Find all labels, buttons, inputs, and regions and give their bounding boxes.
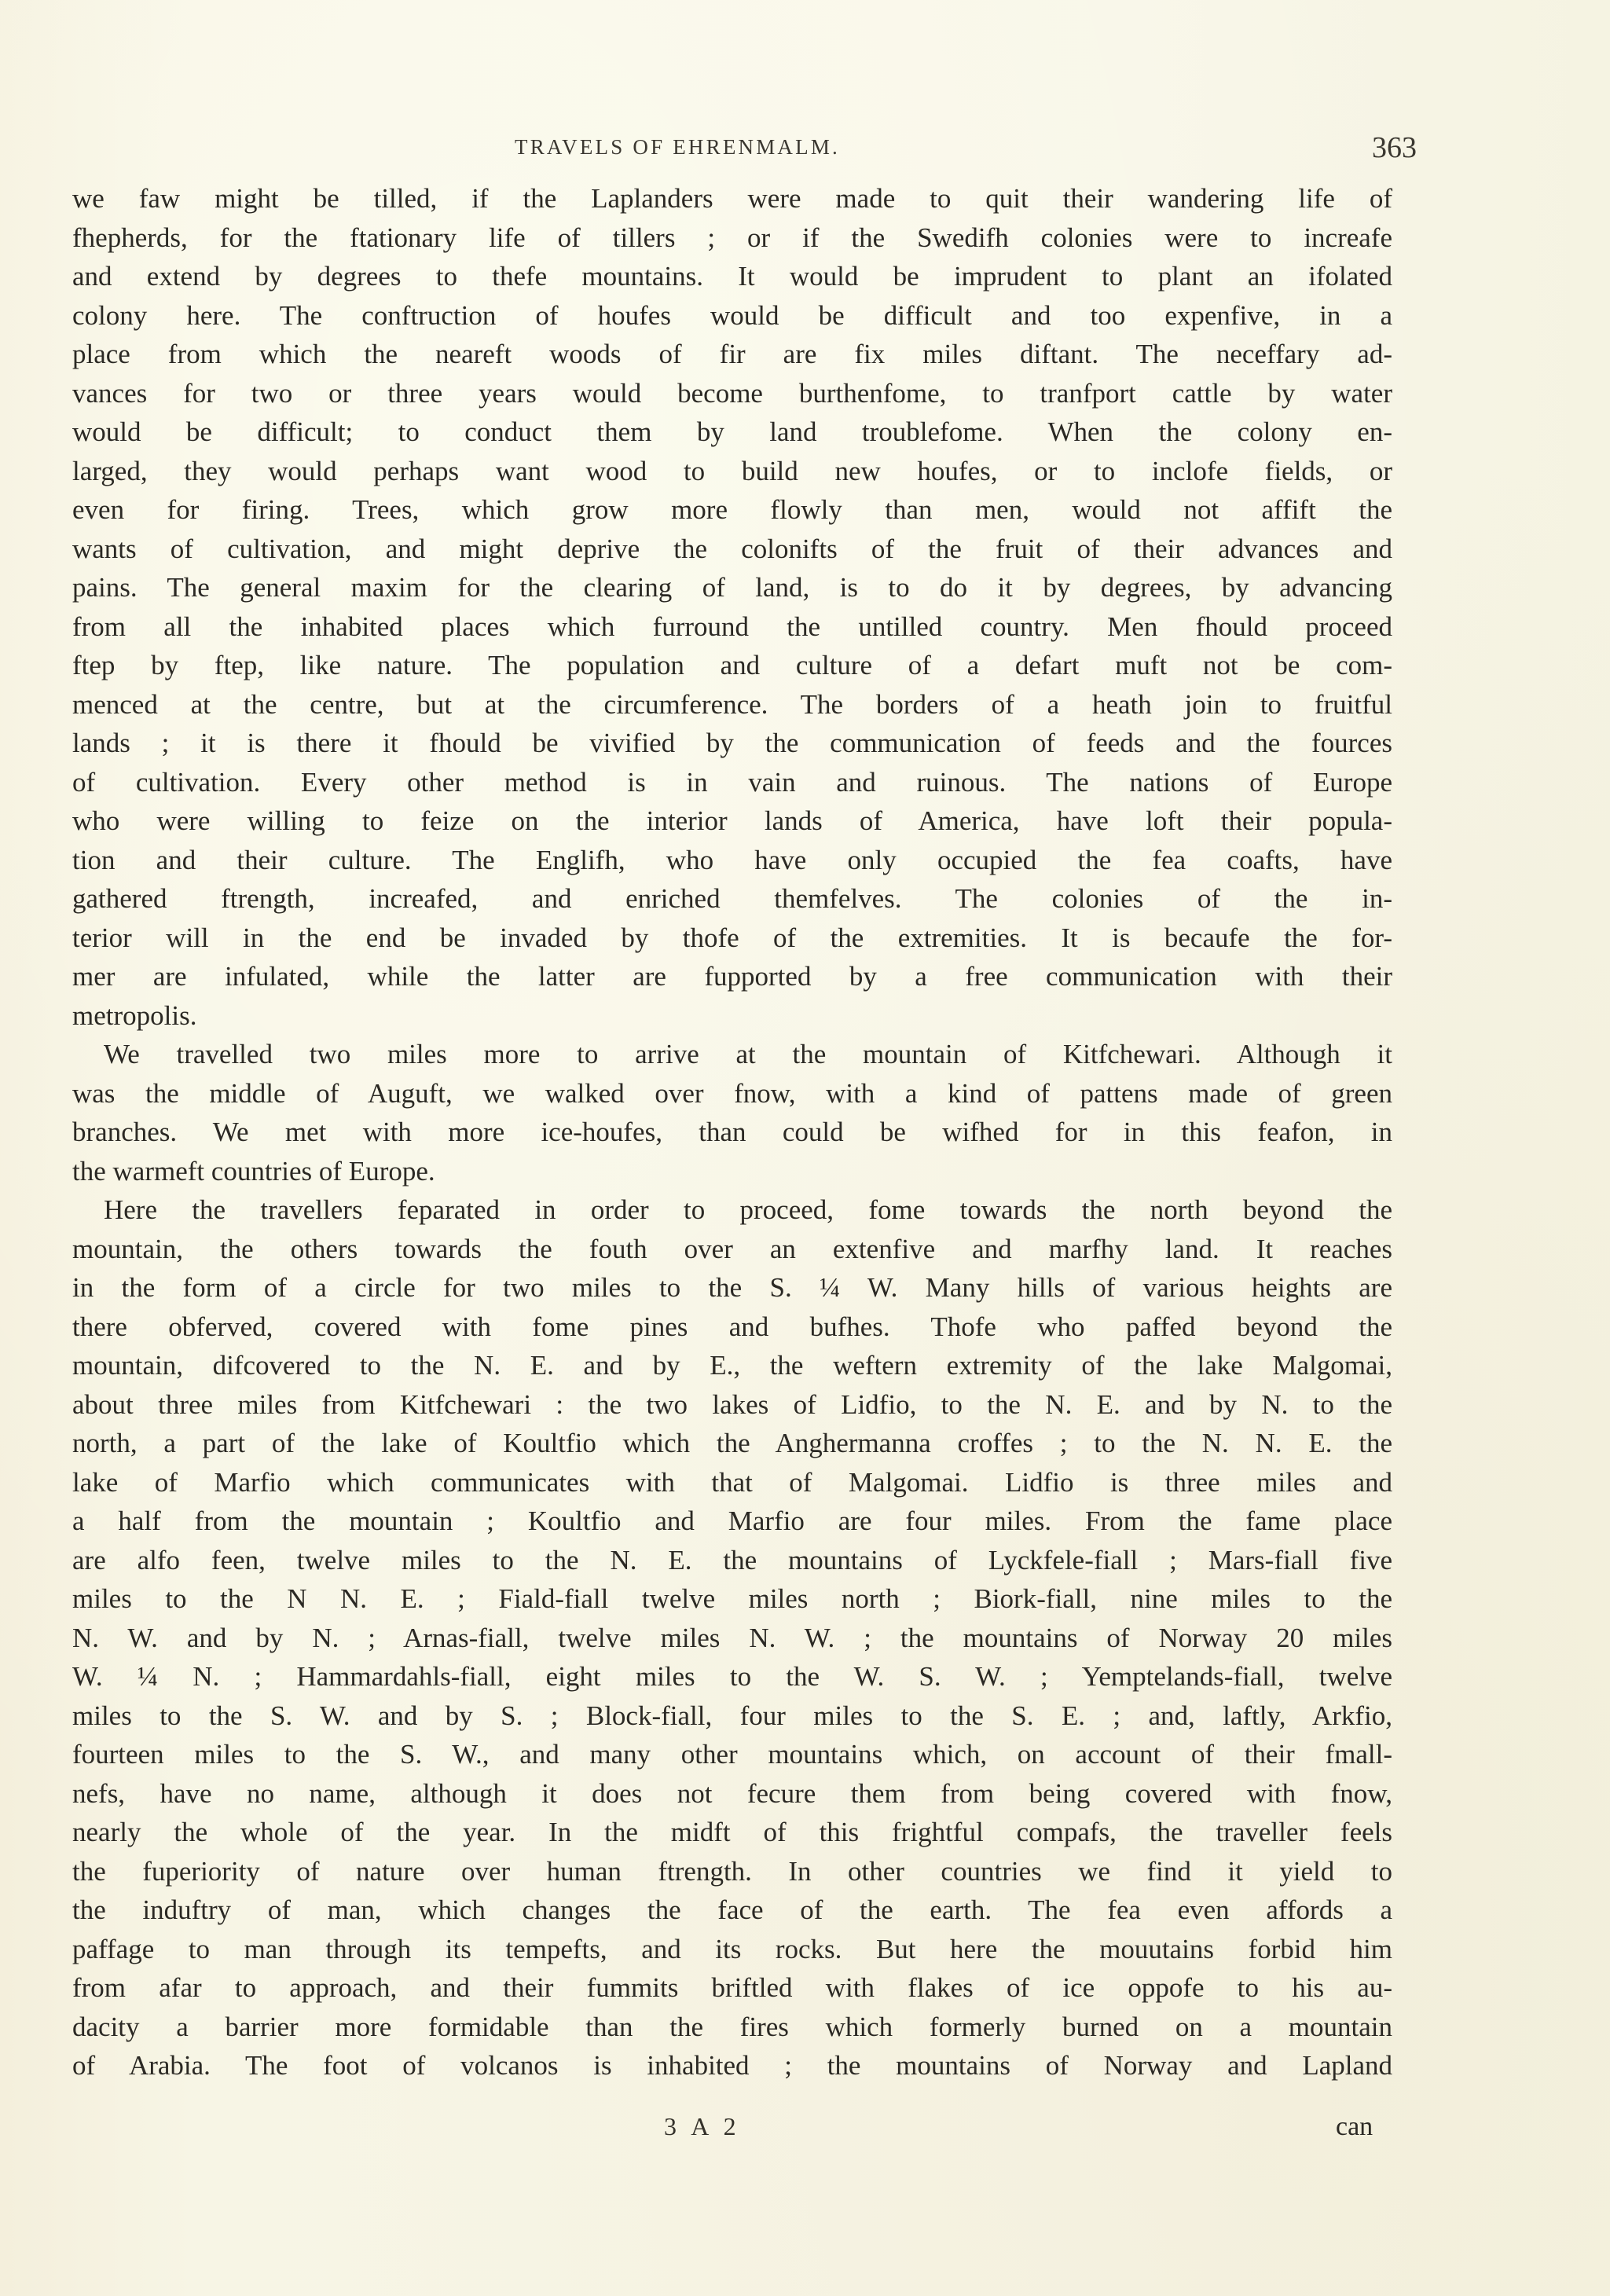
text-line: north, a part of the lake of Koultfio wh… [72,1424,1392,1463]
text-line: N. W. and by N. ; Arnas-fiall, twelve mi… [72,1619,1392,1658]
text-line: of cultivation. Every other method is in… [72,763,1392,802]
text-line: fourteen miles to the S. W., and many ot… [72,1735,1392,1774]
text-line: and extend by degrees to thefe mountains… [72,257,1392,296]
text-line: fhepherds, for the ftationary life of ti… [72,218,1392,258]
text-line: mer are infulated, while the latter are … [72,957,1392,996]
text-line: pains. The general maxim for the clearin… [72,568,1392,607]
running-title: TRAVELS OF EHRENMALM. [515,135,840,160]
text-line: gathered ftrength, increafed, and enrich… [72,879,1392,919]
text-line: the induftry of man, which changes the f… [72,1891,1392,1930]
text-line: Here the travellers feparated in order t… [72,1190,1392,1230]
text-line: dacity a barrier more formidable than th… [72,2008,1392,2047]
text-line: would be difficult; to conduct them by l… [72,413,1392,452]
text-line: place from which the neareft woods of fi… [72,335,1392,374]
text-line: are alfo feen, twelve miles to the N. E.… [72,1541,1392,1580]
text-line: from all the inhabited places which furr… [72,607,1392,647]
text-line: branches. We met with more ice-houfes, t… [72,1113,1392,1152]
text-line: metropolis. [72,996,1392,1036]
signature-mark: 3 A 2 [664,2112,741,2141]
page-number: 363 [1372,130,1417,165]
text-line: lake of Marfio which communicates with t… [72,1463,1392,1502]
text-line: terior will in the end be invaded by tho… [72,919,1392,958]
text-line: from afar to approach, and their fummits… [72,1968,1392,2008]
text-line: a half from the mountain ; Koultfio and … [72,1502,1392,1541]
text-line: nefs, have no name, although it does not… [72,1774,1392,1814]
text-line: tion and their culture. The Englifh, who… [72,841,1392,880]
page-footer: 3 A 2 can [0,2112,1610,2151]
running-head: TRAVELS OF EHRENMALM. 363 [0,130,1610,170]
text-line: ftep by ftep, like nature. The populatio… [72,646,1392,685]
book-page: TRAVELS OF EHRENMALM. 363 we faw might b… [0,0,1610,2296]
text-line: larged, they would perhaps want wood to … [72,452,1392,491]
text-line: paffage to man through its tempefts, and… [72,1930,1392,1969]
text-line: miles to the S. W. and by S. ; Block-fia… [72,1696,1392,1736]
body-text: we faw might be tilled, if the Laplander… [72,179,1392,2085]
text-line: nearly the whole of the year. In the mid… [72,1813,1392,1852]
text-line: who were willing to feize on the interio… [72,801,1392,841]
text-line: miles to the N N. E. ; Fiald-fiall twelv… [72,1579,1392,1619]
text-line: the fuperiority of nature over human ftr… [72,1852,1392,1891]
text-line: about three miles from Kitfchewari : the… [72,1385,1392,1425]
text-line: lands ; it is there it fhould be vivifie… [72,724,1392,763]
text-line: menced at the centre, but at the circumf… [72,685,1392,724]
text-line: we faw might be tilled, if the Laplander… [72,179,1392,218]
text-line: there obferved, covered with fome pines … [72,1308,1392,1347]
text-line: W. ¼ N. ; Hammardahls-fiall, eight miles… [72,1657,1392,1696]
text-line: mountain, difcovered to the N. E. and by… [72,1346,1392,1385]
text-line: We travelled two miles more to arrive at… [72,1035,1392,1074]
text-line: was the middle of Auguft, we walked over… [72,1074,1392,1113]
text-line: in the form of a circle for two miles to… [72,1268,1392,1308]
text-line: even for firing. Trees, which grow more … [72,490,1392,530]
catchword: can [1336,2112,1373,2142]
text-line: the warmeft countries of Europe. [72,1152,1392,1191]
text-line: vances for two or three years would beco… [72,374,1392,413]
text-line: wants of cultivation, and might deprive … [72,530,1392,569]
text-line: of Arabia. The foot of volcanos is inhab… [72,2046,1392,2085]
text-line: mountain, the others towards the fouth o… [72,1230,1392,1269]
text-line: colony here. The conftruction of houfes … [72,296,1392,336]
